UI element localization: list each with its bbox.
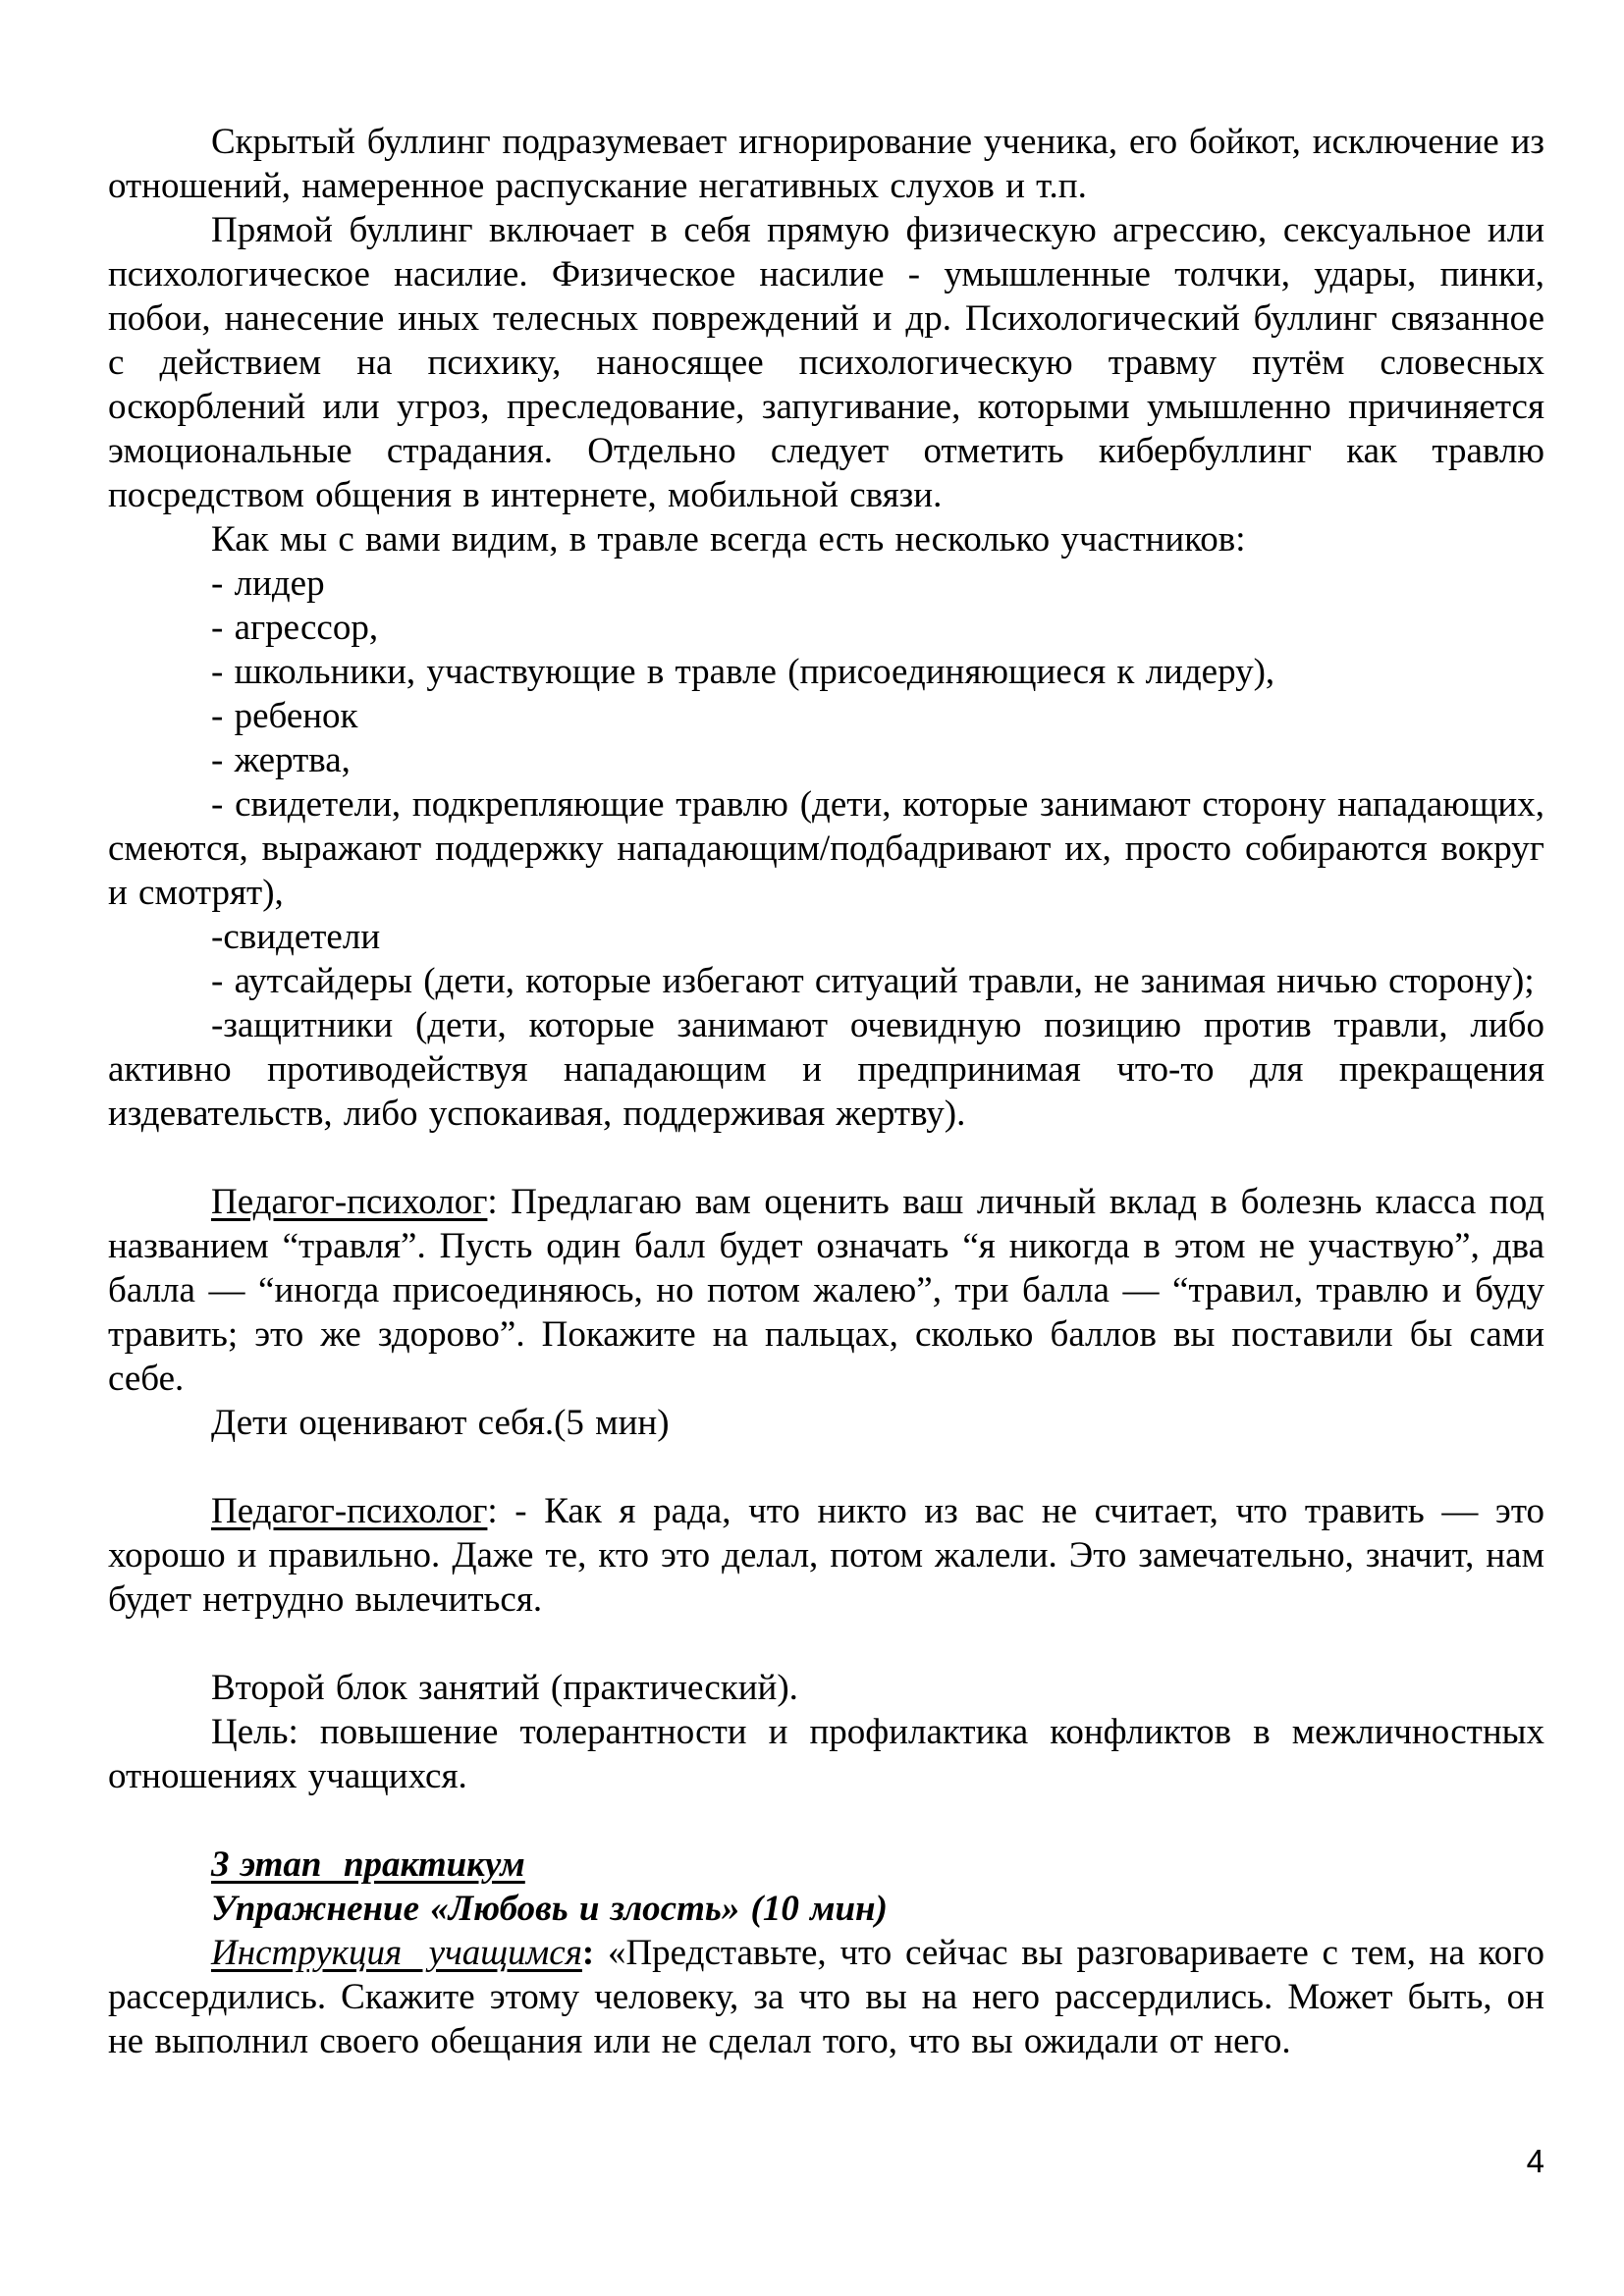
paragraph: Педагог-психолог: - Как я рада, что никт… xyxy=(108,1489,1544,1622)
paragraph: Упражнение «Любовь и злость» (10 мин) xyxy=(108,1887,1544,1931)
text-segment: - свидетели, подкрепляющие травлю (дети,… xyxy=(108,784,1544,913)
paragraph: -свидетели xyxy=(108,915,1544,959)
paragraph: Как мы с вами видим, в травле всегда ест… xyxy=(108,517,1544,561)
paragraph: Цель: повышение толерантности и профилак… xyxy=(108,1710,1544,1798)
document-page: Скрытый буллинг подразумевает игнорирова… xyxy=(0,0,1624,2296)
text-segment: Педагог-психолог xyxy=(211,1182,487,1222)
text-segment: Прямой буллинг включает в себя прямую фи… xyxy=(108,210,1544,515)
text-segment: Скрытый буллинг подразумевает игнорирова… xyxy=(108,122,1544,206)
text-segment: -свидетели xyxy=(211,917,380,957)
blank-line xyxy=(108,1445,1544,1489)
text-segment: -защитники (дети, которые занимают очеви… xyxy=(108,1005,1544,1134)
text-segment: Дети оценивают себя.(5 мин) xyxy=(211,1403,670,1443)
text-segment: - агрессор, xyxy=(211,608,378,648)
text-segment: Цель: повышение толерантности и профилак… xyxy=(108,1712,1544,1796)
page-number: 4 xyxy=(108,2142,1544,2181)
text-segment: - ребенок xyxy=(211,696,358,736)
text-segment: - школьники, участвующие в травле (присо… xyxy=(211,652,1274,692)
text-segment: Инструкция учащимся xyxy=(211,1933,582,1973)
paragraph: 3 этап практикум xyxy=(108,1842,1544,1887)
blank-line xyxy=(108,1622,1544,1666)
text-segment: Как мы с вами видим, в травле всегда ест… xyxy=(211,519,1245,560)
blank-line xyxy=(108,1136,1544,1180)
paragraph: - лидер xyxy=(108,561,1544,606)
paragraph: -защитники (дети, которые занимают очеви… xyxy=(108,1003,1544,1136)
text-segment: - лидер xyxy=(211,563,325,604)
text-segment: Второй блок занятий (практический). xyxy=(211,1668,798,1708)
paragraph: Второй блок занятий (практический). xyxy=(108,1666,1544,1710)
text-segment: Педагог-психолог xyxy=(211,1491,487,1531)
text-segment: - жертва, xyxy=(211,740,351,780)
paragraph: - агрессор, xyxy=(108,606,1544,650)
paragraph: - ребенок xyxy=(108,694,1544,738)
paragraph: Инструкция учащимся: «Представьте, что с… xyxy=(108,1931,1544,2063)
paragraph: - аутсайдеры (дети, которые избегают сит… xyxy=(108,959,1544,1003)
text-segment: - аутсайдеры (дети, которые избегают сит… xyxy=(211,961,1535,1001)
document-content: Скрытый буллинг подразумевает игнорирова… xyxy=(108,120,1544,2063)
blank-line xyxy=(108,1798,1544,1842)
paragraph: Прямой буллинг включает в себя прямую фи… xyxy=(108,208,1544,517)
paragraph: - свидетели, подкрепляющие травлю (дети,… xyxy=(108,782,1544,915)
paragraph: - жертва, xyxy=(108,738,1544,782)
text-segment: 3 этап практикум xyxy=(211,1844,525,1885)
paragraph: Скрытый буллинг подразумевает игнорирова… xyxy=(108,120,1544,208)
paragraph: - школьники, участвующие в травле (присо… xyxy=(108,650,1544,694)
text-segment: Упражнение «Любовь и злость» (10 мин) xyxy=(211,1889,888,1929)
paragraph: Дети оценивают себя.(5 мин) xyxy=(108,1401,1544,1445)
paragraph: Педагог-психолог: Предлагаю вам оценить … xyxy=(108,1180,1544,1401)
text-segment: : xyxy=(582,1933,594,1973)
